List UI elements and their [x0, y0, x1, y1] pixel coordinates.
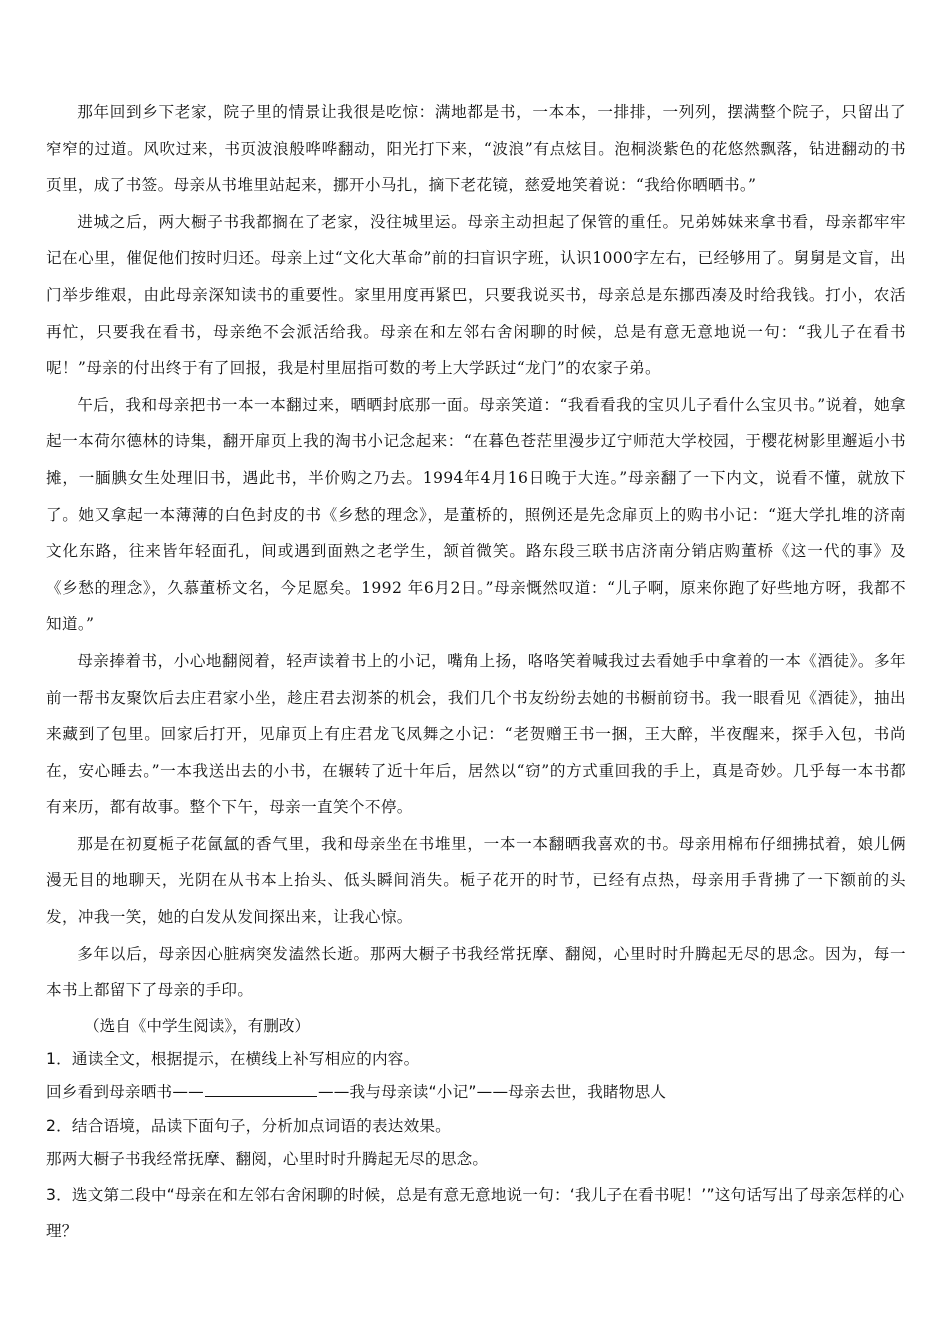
- document-page: 那年回到乡下老家，院子里的情景让我很是吃惊：满地都是书，一本本，一排排，一列列，…: [46, 94, 906, 1249]
- chain-end-text: ——我与母亲读“小记”——母亲去世，我睹物思人: [318, 1083, 666, 1101]
- paragraph-3: 午后，我和母亲把书一本一本翻过来，晒晒封底那一面。母亲笑道：“我看看我的宝贝儿子…: [46, 387, 906, 643]
- paragraph-6: 多年以后，母亲因心脏病突发溘然长逝。那两大橱子书我经常抚摩、翻阅，心里时时升腾起…: [46, 936, 906, 1009]
- article-body: 那年回到乡下老家，院子里的情景让我很是吃惊：满地都是书，一本本，一排排，一列列，…: [46, 94, 906, 1043]
- source-citation: （选自《中学生阅读》，有删改）: [46, 1009, 906, 1043]
- paragraph-1: 那年回到乡下老家，院子里的情景让我很是吃惊：满地都是书，一本本，一排排，一列列，…: [46, 94, 906, 204]
- question-2-sentence: 那两大橱子书我经常抚摩、翻阅，心里时时升腾起无尽的思念。: [46, 1143, 906, 1177]
- chain-start-text: 回乡看到母亲晒书——: [46, 1083, 204, 1101]
- question-2-prompt: 2．结合语境，品读下面句子，分析加点词语的表达效果。: [46, 1110, 906, 1144]
- fill-in-blank[interactable]: [205, 1080, 317, 1097]
- question-1-prompt: 1．通读全文，根据提示，在横线上补写相应的内容。: [46, 1043, 906, 1077]
- questions-section: 1．通读全文，根据提示，在横线上补写相应的内容。 回乡看到母亲晒书————我与母…: [46, 1043, 906, 1249]
- paragraph-2: 进城之后，两大橱子书我都搁在了老家，没往城里运。母亲主动担起了保管的重任。兄弟姊…: [46, 204, 906, 387]
- paragraph-4: 母亲捧着书，小心地翻阅着，轻声读着书上的小记，嘴角上扬，咯咯笑着喊我过去看她手中…: [46, 643, 906, 826]
- question-1-chain: 回乡看到母亲晒书————我与母亲读“小记”——母亲去世，我睹物思人: [46, 1076, 906, 1110]
- question-3-prompt: 3．选文第二段中“母亲在和左邻右舍闲聊的时候，总是有意无意地说一句：‘我儿子在看…: [46, 1177, 906, 1249]
- paragraph-5: 那是在初夏栀子花氤氲的香气里，我和母亲坐在书堆里，一本一本翻晒我喜欢的书。母亲用…: [46, 826, 906, 936]
